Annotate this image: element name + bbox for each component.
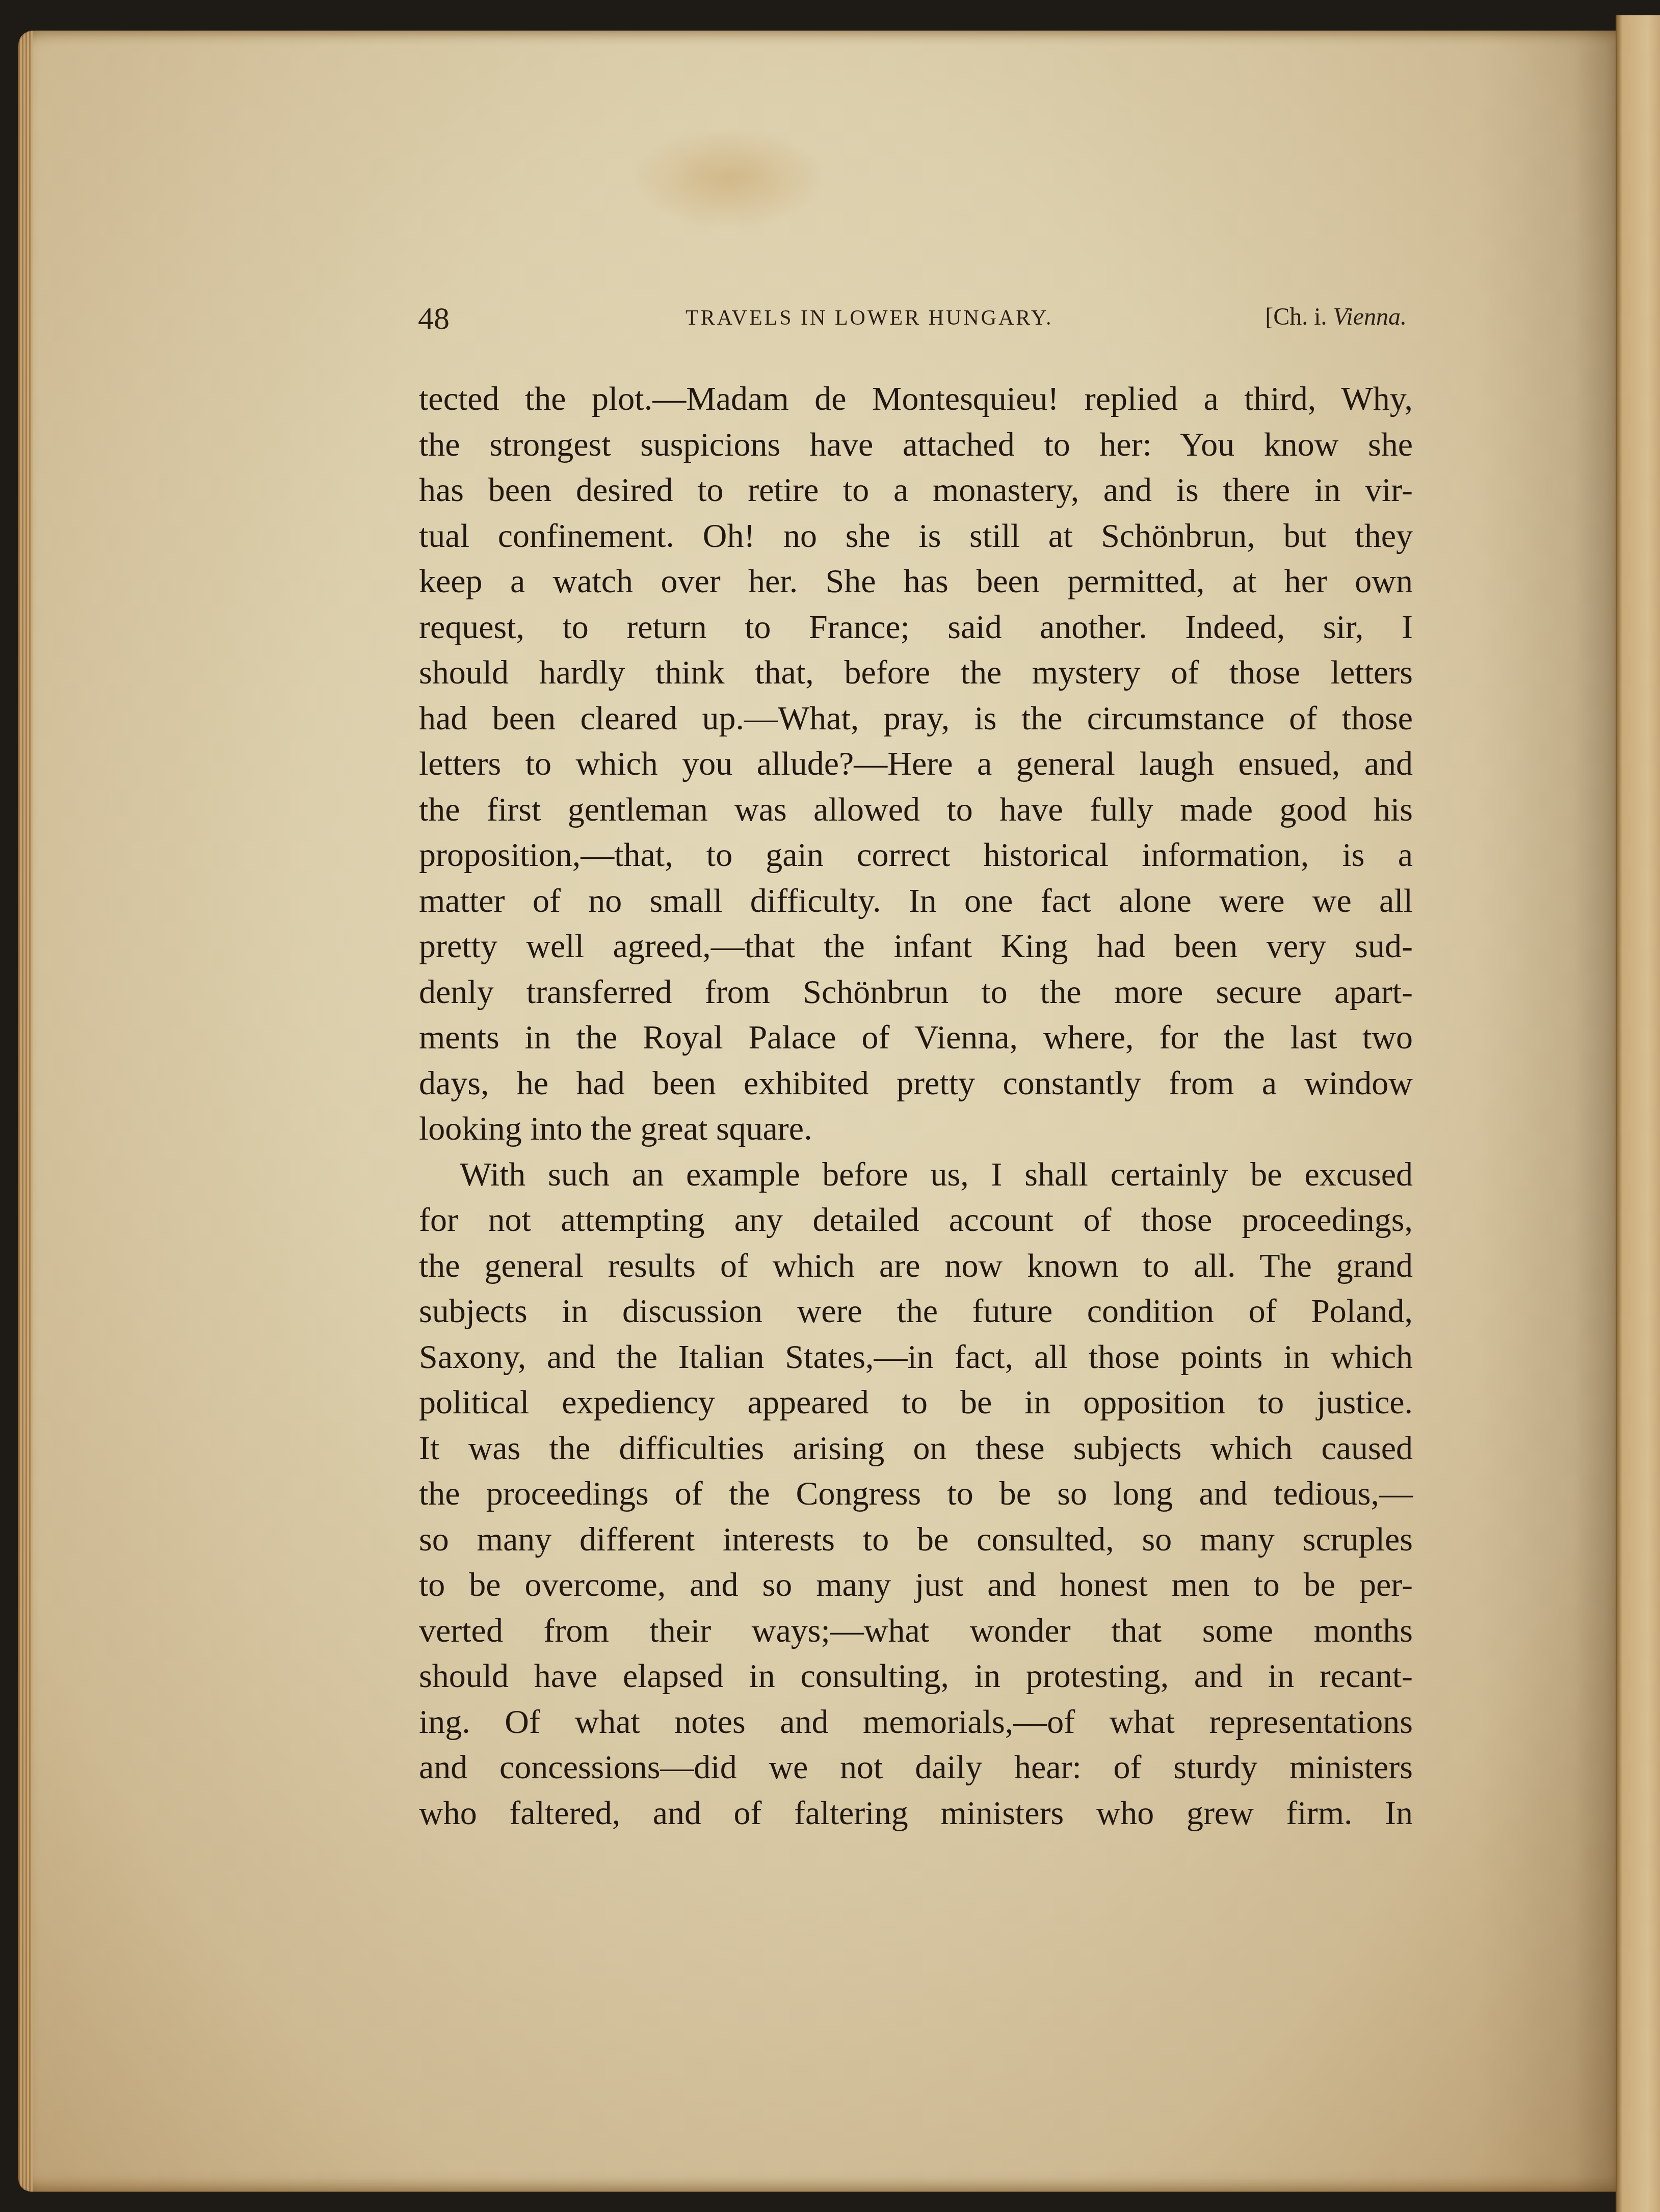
text-line: subjects in discussion were the future c… <box>419 1288 1413 1334</box>
text-line: letters to which you allude?—Here a gene… <box>419 741 1413 787</box>
text-line: the proceedings of the Congress to be so… <box>419 1471 1413 1517</box>
text-line: It was the difficulties arising on these… <box>419 1426 1413 1471</box>
text-line: so many different interests to be consul… <box>419 1517 1413 1563</box>
text-line: for not attempting any detailed account … <box>419 1197 1413 1243</box>
text-line: proposition,—that, to gain correct histo… <box>419 832 1413 878</box>
paragraph-1: tected the plot.—Madam de Montesquieu! r… <box>419 376 1413 1152</box>
text-line: the first gentleman was allowed to have … <box>419 787 1413 833</box>
page-number: 48 <box>418 301 450 337</box>
text-line: matter of no small difficulty. In one fa… <box>419 878 1413 924</box>
text-line: verted from their ways;—what wonder that… <box>419 1608 1413 1654</box>
text-line: Saxony, and the Italian States,—in fact,… <box>419 1334 1413 1380</box>
text-line: the strongest suspicions have attached t… <box>419 422 1413 468</box>
chapter-place: Vienna. <box>1333 303 1407 330</box>
text-line: tected the plot.—Madam de Montesquieu! r… <box>419 376 1413 422</box>
text-line: tual confinement. Oh! no she is still at… <box>419 513 1413 559</box>
running-head: 48 TRAVELS IN LOWER HUNGARY. [Ch. i. Vie… <box>418 301 1407 341</box>
text-line: had been cleared up.—What, pray, is the … <box>419 696 1413 742</box>
text-line: pretty well agreed,—that the infant King… <box>419 924 1413 969</box>
text-line: keep a watch over her. She has been perm… <box>419 559 1413 604</box>
text-line: who faltered, and of faltering ministers… <box>419 1790 1413 1836</box>
text-line: request, to return to France; said anoth… <box>419 604 1413 650</box>
text-line: days, he had been exhibited pretty const… <box>419 1061 1413 1107</box>
text-line: should hardly think that, before the mys… <box>419 650 1413 696</box>
text-line: has been desired to retire to a monaster… <box>419 467 1413 513</box>
page-edge <box>18 31 33 2192</box>
text-line: and concessions—did we not daily hear: o… <box>419 1745 1413 1790</box>
text-line: political expediency appeared to be in o… <box>419 1380 1413 1426</box>
chapter-reference: [Ch. i. Vienna. <box>1265 303 1407 331</box>
text-line: With such an example before us, I shall … <box>419 1152 1413 1198</box>
body-text: tected the plot.—Madam de Montesquieu! r… <box>419 376 1413 1836</box>
text-line: ments in the Royal Palace of Vienna, whe… <box>419 1015 1413 1061</box>
text-line: the general results of which are now kno… <box>419 1243 1413 1289</box>
text-line: should have elapsed in consulting, in pr… <box>419 1653 1413 1699</box>
text-line: denly transferred from Schönbrun to the … <box>419 969 1413 1015</box>
text-line: to be overcome, and so many just and hon… <box>419 1562 1413 1608</box>
gutter-shadow <box>1478 31 1616 2192</box>
text-line: looking into the great square. <box>419 1106 1413 1152</box>
text-line: ing. Of what notes and memorials,—of wha… <box>419 1699 1413 1745</box>
book-title: TRAVELS IN LOWER HUNGARY. <box>686 306 1053 330</box>
paper-stain <box>632 127 826 229</box>
paragraph-2: With such an example before us, I shall … <box>419 1152 1413 1836</box>
chapter-number: [Ch. i. <box>1265 303 1327 330</box>
adjacent-page-edge <box>1616 15 1660 2212</box>
